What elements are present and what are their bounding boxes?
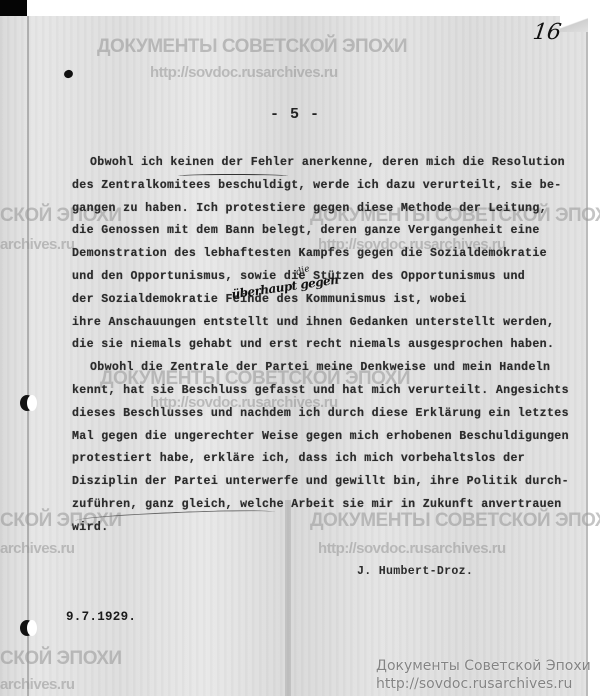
folded-corner xyxy=(560,16,588,32)
text-line: die Genossen mit dem Bann belegt, deren … xyxy=(72,220,552,243)
text-line: Obwohl die Zentrale der Partei meine Den… xyxy=(72,357,552,380)
text-line: Obwohl ich keinen der Fehler anerkenne, … xyxy=(72,152,552,175)
text-line: Demonstration des lebhaftesten Kampfes g… xyxy=(72,243,552,266)
letter-body: Obwohl ich keinen der Fehler anerkenne, … xyxy=(72,152,552,540)
text-line: Mal gegen die ungerechter Weise gegen mi… xyxy=(72,426,552,449)
text-line: Disziplin der Partei unterwerfe und gewi… xyxy=(72,471,552,494)
watermark-title-fragment: СКОЙ ЭПОХИ xyxy=(0,648,122,670)
text-line: protestiert habe, erkläre ich, dass ich … xyxy=(72,448,552,471)
watermark-url-fragment: archives.ru xyxy=(0,676,75,693)
punch-hole-icon xyxy=(20,395,34,411)
text-line: dieses Beschlusses und nachdem ich durch… xyxy=(72,403,552,426)
scan-top-border xyxy=(0,0,600,16)
text-line: ihre Anschauungen entstellt und ihnen Ge… xyxy=(72,312,552,335)
watermark-url: http://sovdoc.rusarchives.ru xyxy=(150,64,338,81)
footer-watermark-title: Документы Советской Эпохи xyxy=(376,658,591,674)
watermark-url-fragment: archives.ru xyxy=(0,540,75,557)
watermark-url: http://sovdoc.rusarchives.ru xyxy=(318,540,506,557)
text-line: des Zentralkomitees beschuldigt, werde i… xyxy=(72,175,552,198)
text-line: gangen zu haben. Ich protestiere gegen d… xyxy=(72,198,552,221)
watermark-title: ДОКУМЕНТЫ СОВЕТСКОЙ ЭПОХИ xyxy=(97,36,407,58)
punch-hole-icon xyxy=(20,620,34,636)
document-date: 9.7.1929. xyxy=(66,610,136,624)
margin-line xyxy=(27,16,29,696)
scan-corner-black xyxy=(0,0,27,16)
handwritten-underline xyxy=(178,174,288,178)
text-line: der Sozialdemokratie Feinde des Kommunis… xyxy=(72,289,552,312)
page-edge xyxy=(586,24,588,696)
page-number: - 5 - xyxy=(270,106,320,123)
signature: J. Humbert-Droz. xyxy=(357,565,473,578)
text-line: die sie niemals gehabt und erst recht ni… xyxy=(72,334,552,357)
footer-watermark-url: http://sovdoc.rusarchives.ru xyxy=(376,676,572,692)
folio-number: 16 xyxy=(531,20,563,45)
text-line: kennt, hat sie Beschluss gefasst und hat… xyxy=(72,380,552,403)
watermark-url-fragment: archives.ru xyxy=(0,236,75,253)
